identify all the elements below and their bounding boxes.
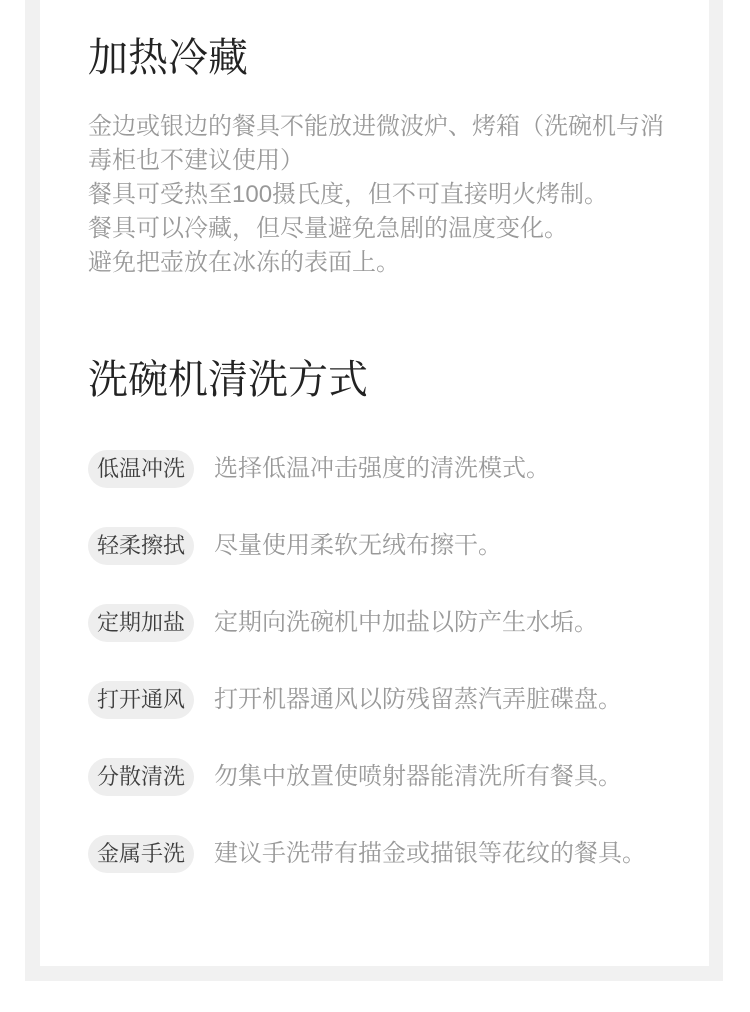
tip-row: 定期加盐 定期向洗碗机中加盐以防产生水垢。 (88, 604, 681, 642)
tip-desc: 打开机器通风以防残留蒸汽弄脏碟盘。 (214, 681, 622, 719)
tip-desc: 定期向洗碗机中加盐以防产生水垢。 (214, 604, 598, 642)
tip-row: 打开通风 打开机器通风以防残留蒸汽弄脏碟盘。 (88, 681, 681, 719)
tip-desc: 选择低温冲击强度的清洗模式。 (214, 450, 550, 488)
tip-desc: 勿集中放置使喷射器能清洗所有餐具。 (214, 758, 622, 796)
content-card: 加热冷藏 金边或银边的餐具不能放进微波炉、烤箱（洗碗机与消毒柜也不建议使用） 餐… (40, 0, 709, 966)
care-paragraph-line: 餐具可以冷藏，但尽量避免急剧的温度变化。 (88, 212, 680, 246)
care-paragraph-line: 金边或银边的餐具不能放进微波炉、烤箱（洗碗机与消毒柜也不建议使用） (88, 110, 680, 178)
care-paragraph-line: 避免把壶放在冰冻的表面上。 (88, 246, 680, 280)
dishwasher-tips-list: 低温冲洗 选择低温冲击强度的清洗模式。 轻柔擦拭 尽量使用柔软无绒布擦干。 定期… (88, 450, 681, 873)
tip-row: 轻柔擦拭 尽量使用柔软无绒布擦干。 (88, 527, 681, 565)
gray-frame: 加热冷藏 金边或银边的餐具不能放进微波炉、烤箱（洗碗机与消毒柜也不建议使用） 餐… (25, 0, 723, 981)
tip-tag: 定期加盐 (88, 604, 194, 642)
tip-row: 金属手洗 建议手洗带有描金或描银等花纹的餐具。 (88, 835, 681, 873)
tip-desc: 建议手洗带有描金或描银等花纹的餐具。 (214, 835, 646, 873)
tip-tag: 打开通风 (88, 681, 194, 719)
care-paragraph-line: 餐具可受热至100摄氏度，但不可直接明火烤制。 (88, 178, 680, 212)
tip-tag: 低温冲洗 (88, 450, 194, 488)
tip-tag: 轻柔擦拭 (88, 527, 194, 565)
tip-row: 低温冲洗 选择低温冲击强度的清洗模式。 (88, 450, 681, 488)
section-title-dishwasher: 洗碗机清洗方式 (88, 358, 681, 402)
heating-care-paragraph: 金边或银边的餐具不能放进微波炉、烤箱（洗碗机与消毒柜也不建议使用） 餐具可受热至… (88, 110, 680, 280)
section-title-heating: 加热冷藏 (88, 36, 681, 80)
tip-tag: 金属手洗 (88, 835, 194, 873)
tip-row: 分散清洗 勿集中放置使喷射器能清洗所有餐具。 (88, 758, 681, 796)
tip-tag: 分散清洗 (88, 758, 194, 796)
tip-desc: 尽量使用柔软无绒布擦干。 (214, 527, 502, 565)
